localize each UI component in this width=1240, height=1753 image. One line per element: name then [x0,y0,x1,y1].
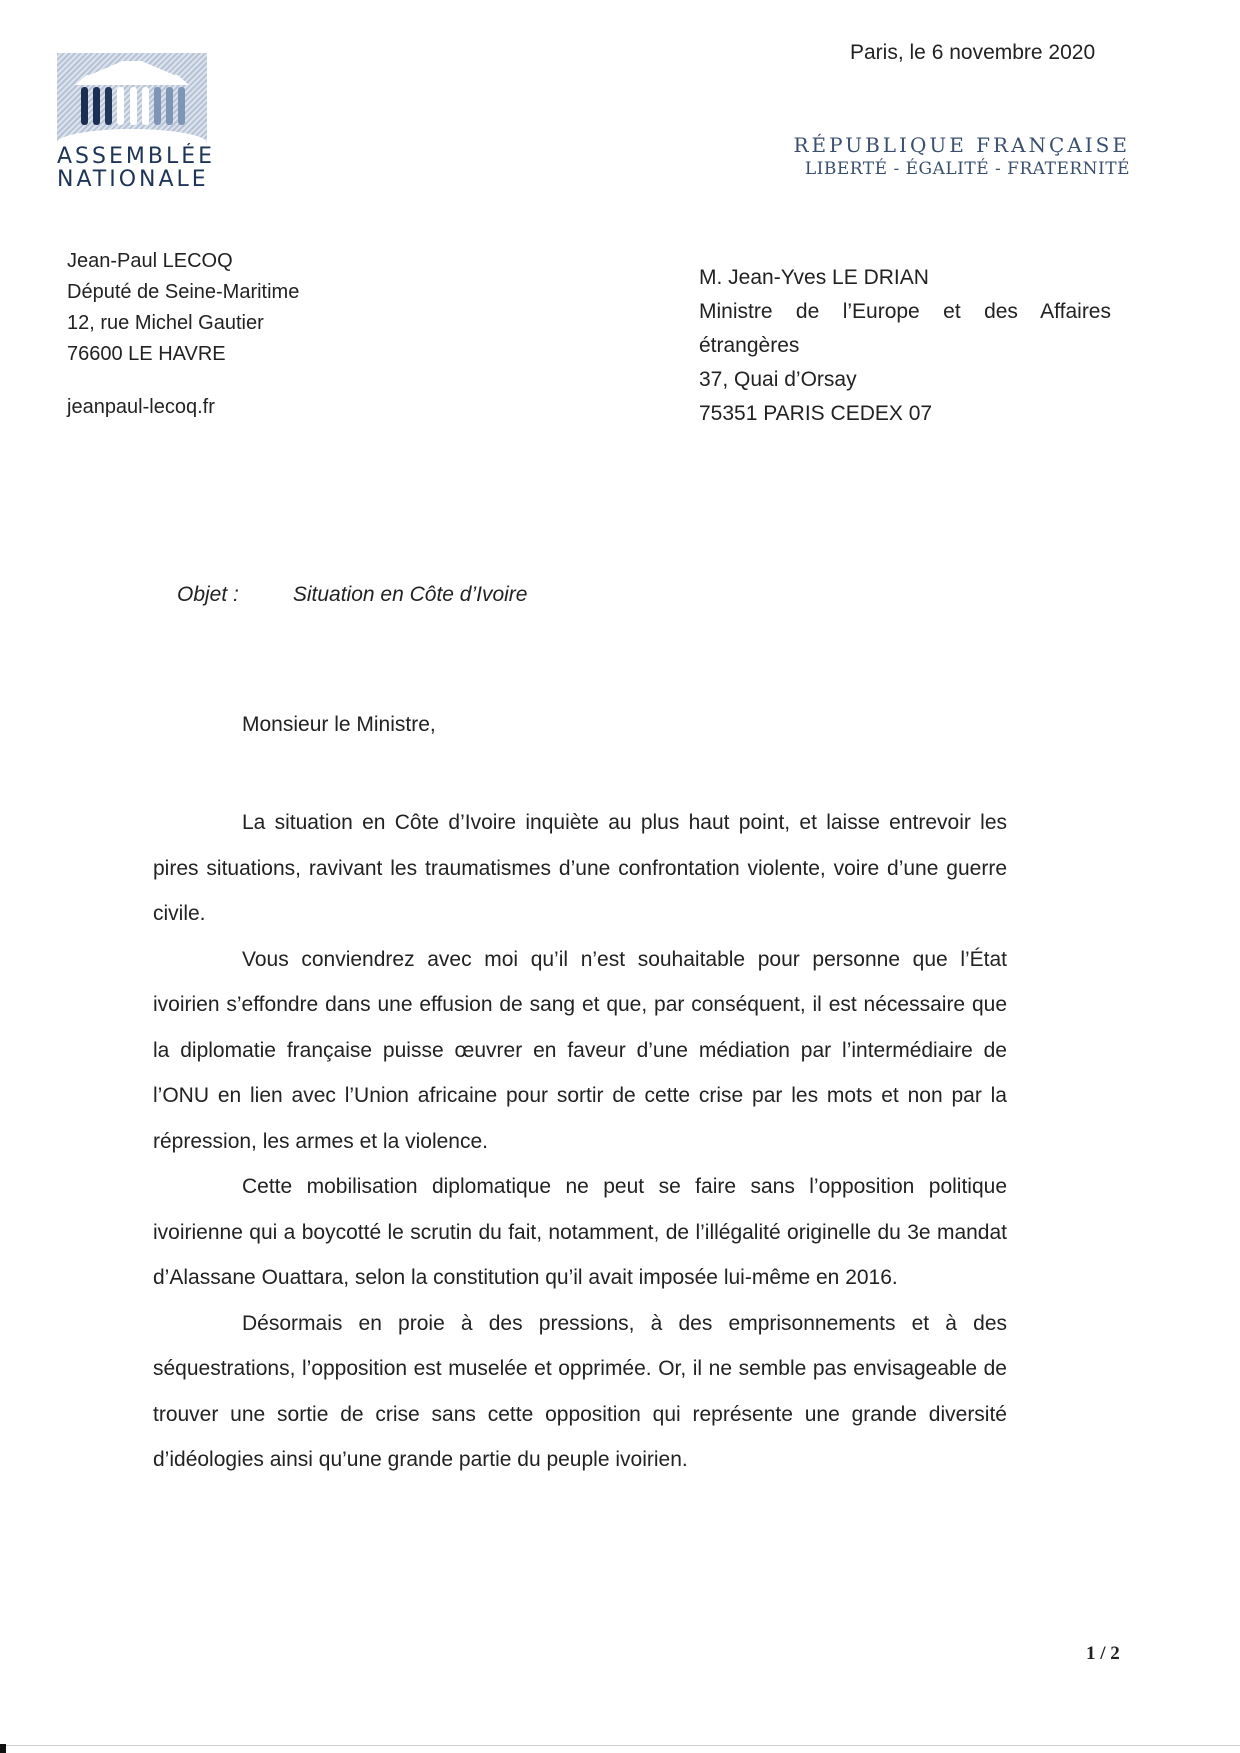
logo-column [154,87,161,125]
logo-column [130,87,137,125]
recipient-address: M. Jean-Yves LE DRIAN Ministre de l’Euro… [699,261,1111,431]
republic-motto: LIBERTÉ - ÉGALITÉ - FRATERNITÉ [793,159,1130,179]
institution-name: ASSEMBLÉE NATIONALE [57,145,207,191]
logo-column [117,87,124,125]
salutation: Monsieur le Ministre, [242,713,436,737]
recipient-title-line-2: étrangères [699,329,1111,363]
logo-column [178,87,185,125]
scan-corner-mark [0,1744,6,1753]
body-paragraph: Vous conviendrez avec moi qu’il n’est so… [153,937,1007,1165]
sender-title: Député de Seine-Maritime [67,277,299,308]
institution-line-2: NATIONALE [57,168,207,191]
subject-label: Objet : [177,583,287,607]
republic-header: RÉPUBLIQUE FRANÇAISE LIBERTÉ - ÉGALITÉ -… [793,133,1130,179]
page-number: 1 / 2 [1086,1643,1120,1665]
sender-website: jeanpaul-lecoq.fr [67,392,299,423]
body-paragraph: Désormais en proie à des pressions, à de… [153,1301,1007,1483]
letter-date: Paris, le 6 novembre 2020 [850,41,1095,65]
logo-column [142,87,149,125]
subject-text: Situation en Côte d’Ivoire [293,583,528,606]
subject-line: Objet : Situation en Côte d’Ivoire [177,583,527,607]
recipient-city: 75351 PARIS CEDEX 07 [699,397,1111,431]
recipient-name: M. Jean-Yves LE DRIAN [699,261,1111,295]
logo-column [105,87,112,125]
sender-street: 12, rue Michel Gautier [67,308,299,339]
assemblee-nationale-logo: ASSEMBLÉE NATIONALE [57,53,207,191]
letter-body: La situation en Côte d’Ivoire inquiète a… [153,800,1007,1483]
parliament-building-icon [57,53,207,143]
recipient-street: 37, Quai d’Orsay [699,363,1111,397]
recipient-title-line-1: Ministre de l’Europe et des Affaires [699,295,1111,329]
logo-column [166,87,173,125]
logo-column [93,87,100,125]
republic-name: RÉPUBLIQUE FRANÇAISE [793,133,1130,157]
body-paragraph: Cette mobilisation diplomatique ne peut … [153,1164,1007,1301]
sender-address: Jean-Paul LECOQ Député de Seine-Maritime… [67,246,299,423]
sender-name: Jean-Paul LECOQ [67,246,299,277]
institution-line-1: ASSEMBLÉE [57,145,207,168]
body-paragraph: La situation en Côte d’Ivoire inquiète a… [153,800,1007,937]
logo-column [81,87,88,125]
sender-city: 76600 LE HAVRE [67,339,299,370]
page-edge-divider [0,1745,1240,1746]
